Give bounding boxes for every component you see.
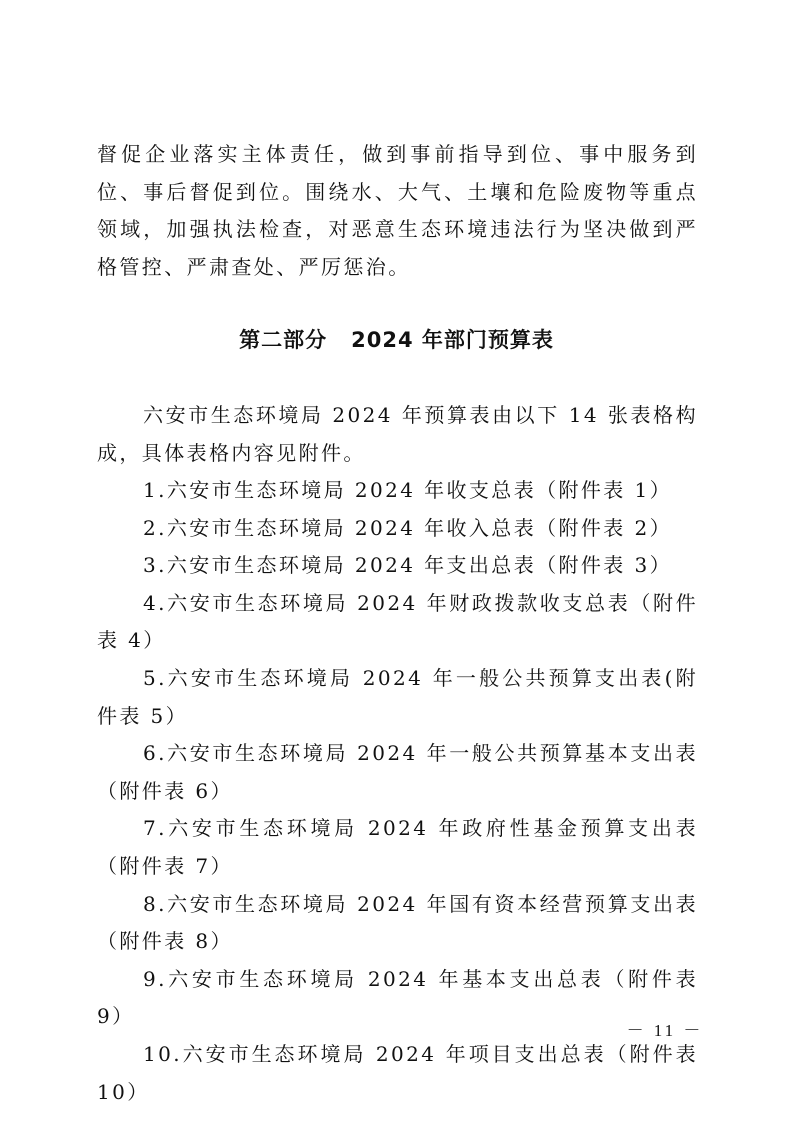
intro-paragraph: 六安市生态环境局 2024 年预算表由以下 14 张表格构成，具体表格内容见附件… — [97, 397, 698, 472]
budget-table-list: 1.六安市生态环境局 2024 年收支总表（附件表 1） 2.六安市生态环境局 … — [97, 472, 698, 1111]
body-paragraph-enforcement: 督促企业落实主体责任，做到事前指导到位、事中服务到位、事后督促到位。围绕水、大气… — [97, 136, 698, 286]
list-item: 5.六安市生态环境局 2024 年一般公共预算支出表(附件表 5） — [97, 660, 698, 735]
list-item: 7.六安市生态环境局 2024 年政府性基金预算支出表（附件表 7） — [97, 810, 698, 885]
section-heading: 第二部分2024 年部门预算表 — [0, 322, 793, 358]
list-item: 6.六安市生态环境局 2024 年一般公共预算基本支出表（附件表 6） — [97, 735, 698, 810]
list-item: 9.六安市生态环境局 2024 年基本支出总表（附件表 9） — [97, 961, 698, 1036]
list-item: 4.六安市生态环境局 2024 年财政拨款收支总表（附件表 4） — [97, 585, 698, 660]
list-item: 2.六安市生态环境局 2024 年收入总表（附件表 2） — [97, 510, 698, 548]
section-part-label: 第二部分 — [239, 328, 327, 352]
list-item: 8.六安市生态环境局 2024 年国有资本经营预算支出表（附件表 8） — [97, 886, 698, 961]
document-page: 督促企业落实主体责任，做到事前指导到位、事中服务到位、事后督促到位。围绕水、大气… — [0, 0, 793, 1122]
list-item: 1.六安市生态环境局 2024 年收支总表（附件表 1） — [97, 472, 698, 510]
list-item: 3.六安市生态环境局 2024 年支出总表（附件表 3） — [97, 547, 698, 585]
page-number: － 11 － — [620, 1016, 710, 1041]
section-title: 2024 年部门预算表 — [351, 328, 554, 352]
list-item: 10.六安市生态环境局 2024 年项目支出总表（附件表 10） — [97, 1036, 698, 1111]
